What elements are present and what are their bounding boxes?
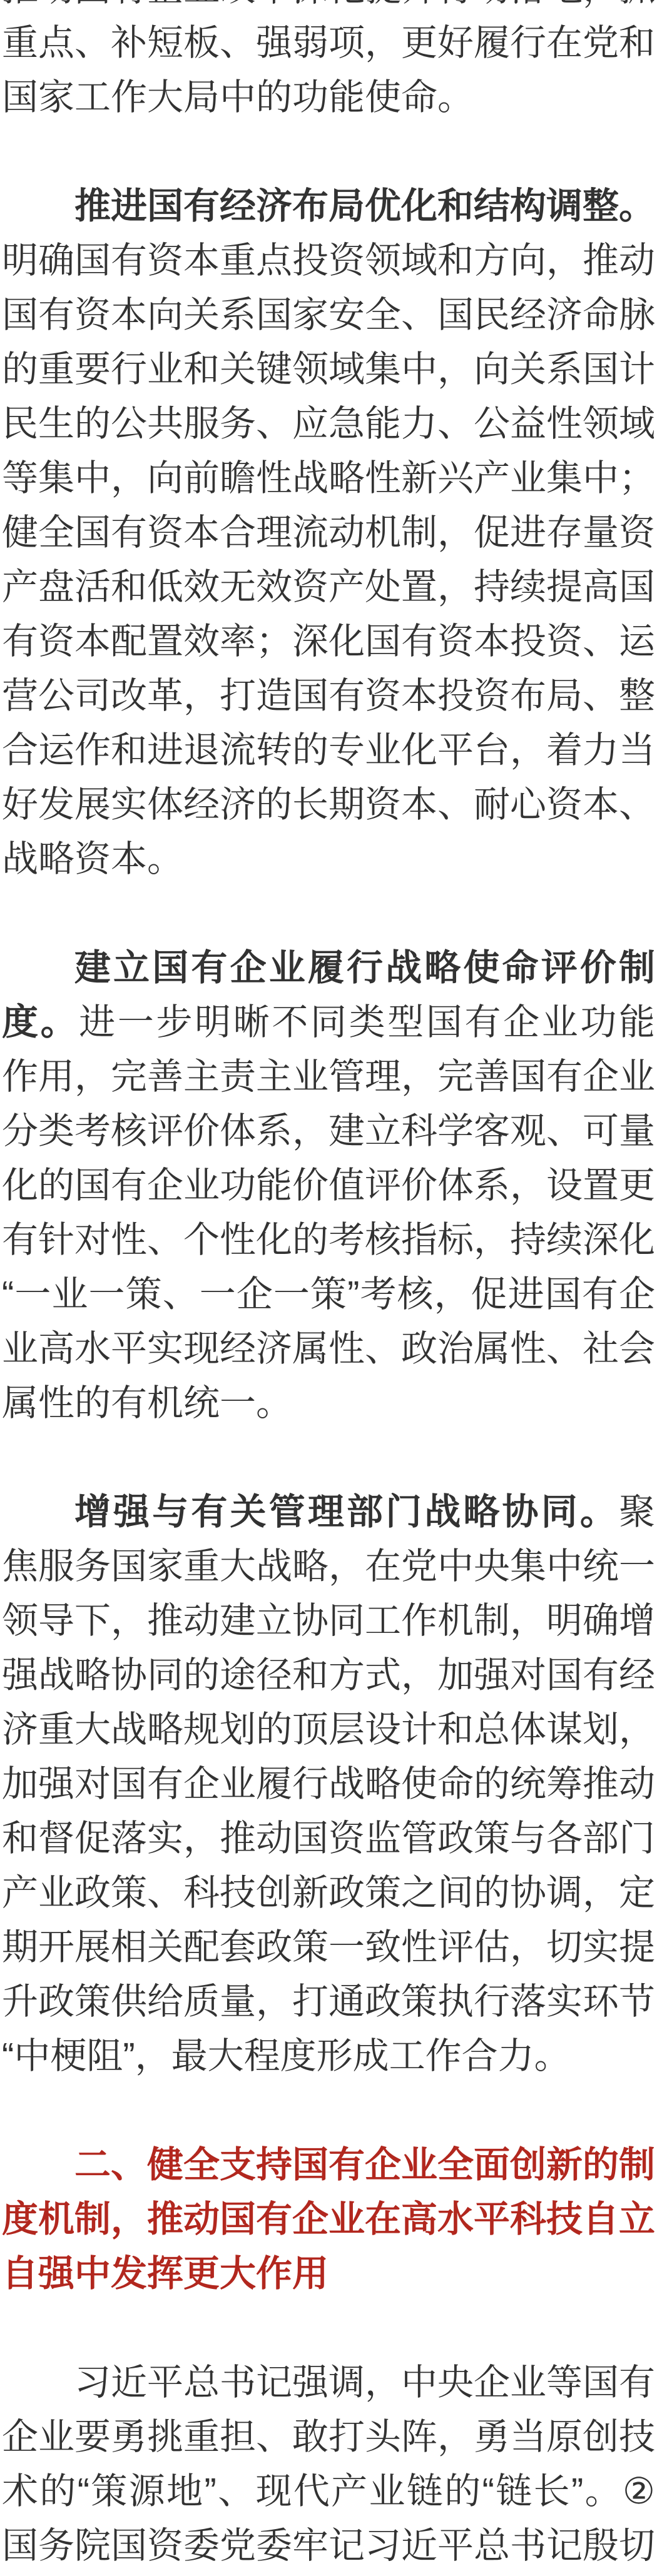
paragraph-xi-jinping-emphasis: 习近平总书记强调，中央企业等国有企业要勇挑重担、敢打头阵，勇当原创技术的“策源地…	[2, 2355, 655, 2573]
paragraph-text: 聚焦服务国家重大战略，在党中央集中统一领导下，推动建立协同工作机制，明确增强战略…	[2, 1492, 655, 2076]
paragraph-text: 推动国有企业改革深化提升行动落地，抓重点、补短板、强弱项，更好履行在党和国家工作…	[2, 0, 655, 118]
paragraph-strategic-coordination: 增强与有关管理部门战略协同。聚焦服务国家重大战略，在党中央集中统一领导下，推动建…	[2, 1485, 655, 2083]
section-heading-text: 二、健全支持国有企业全面创新的制度机制，推动国有企业在高水平科技自立自强中发挥更…	[2, 2144, 655, 2294]
paragraph-layout-optimization: 推进国有经济布局优化和结构调整。明确国有资本重点投资领域和方向，推动国有资本向关…	[2, 179, 655, 886]
paragraph-bold-lead: 推进国有经济布局优化和结构调整。	[74, 186, 655, 226]
paragraph-mission-evaluation-system: 建立国有企业履行战略使命评价制度。进一步明晰不同类型国有企业功能作用，完善主责主…	[2, 941, 655, 1430]
paragraph-bold-lead: 增强与有关管理部门战略协同。	[74, 1492, 619, 1532]
section-heading-two: 二、健全支持国有企业全面创新的制度机制，推动国有企业在高水平科技自立自强中发挥更…	[2, 2138, 655, 2301]
paragraph-text: 进一步明晰不同类型国有企业功能作用，完善主责主业管理，完善国有企业分类考核评价体…	[2, 1002, 655, 1423]
paragraph-mission-continuation: 推动国有企业改革深化提升行动落地，抓重点、补短板、强弱项，更好履行在党和国家工作…	[2, 0, 655, 124]
article-body: 推动国有企业改革深化提升行动落地，抓重点、补短板、强弱项，更好履行在党和国家工作…	[0, 0, 657, 2573]
paragraph-text: 明确国有资本重点投资领域和方向，推动国有资本向关系国家安全、国民经济命脉的重要行…	[2, 240, 655, 879]
paragraph-text: 习近平总书记强调，中央企业等国有企业要勇挑重担、敢打头阵，勇当原创技术的“策源地…	[2, 2362, 655, 2566]
